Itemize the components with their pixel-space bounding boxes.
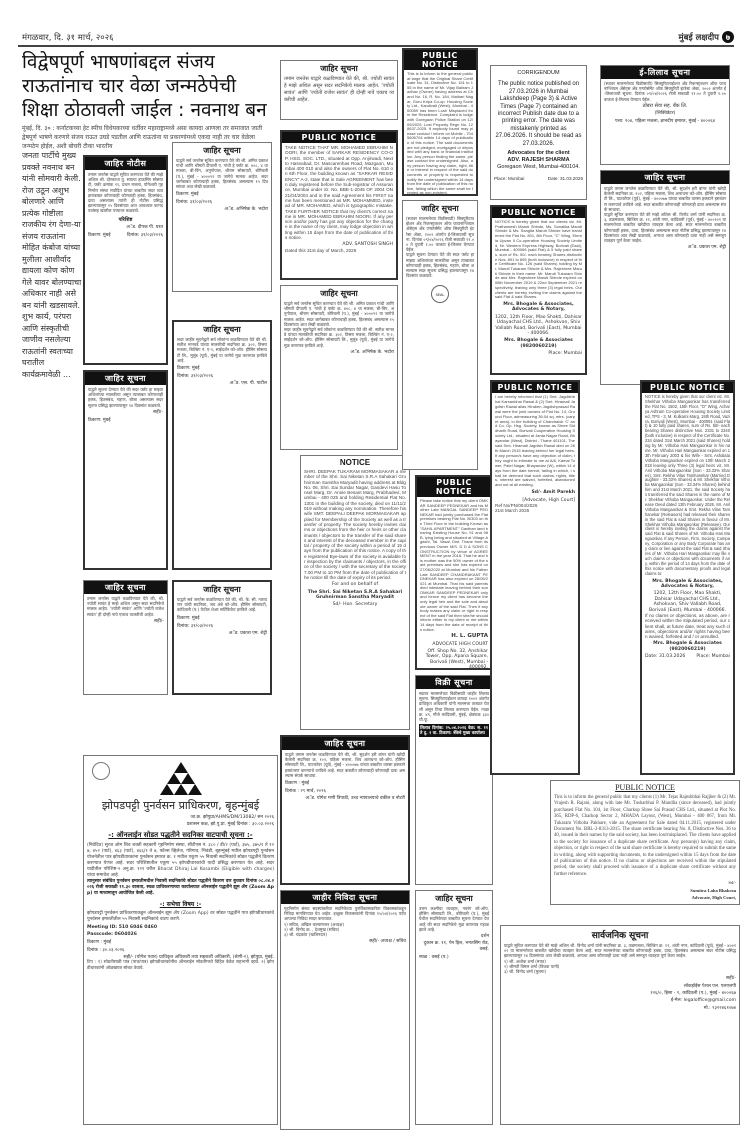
notice-body: TAKE NOTICE THAT MR. MOHAMED EBRAHIM NOO… [285, 145, 393, 240]
e-auction-notice: ई-लिलाव सूचना (स्थावर मालमत्तेच्या विक्र… [600, 65, 730, 165]
signatory: अॅड. दीपक पी. घरत [88, 225, 163, 230]
vikri-suchana: विक्री सूचना स्थावर मालमत्तेच्या विक्रीस… [415, 675, 493, 885]
jahir-suchana-2: जाहिर सूचना तमाम जनतेस याद्वारे कळविण्या… [280, 60, 398, 120]
notice-title: PUBLIC NOTICE [492, 207, 585, 218]
public-notice-noori: PUBLIC NOTICE TAKE NOTICE THAT MR. MOHAM… [280, 130, 398, 280]
notice-body: स्थावर मालमत्तेच्या विक्रीसाठी जाहीर लिल… [419, 691, 489, 722]
notice-title: सार्वजनिक सूचना [504, 928, 736, 941]
notice-title: विक्री सूचना [416, 676, 492, 689]
auction-highlight: लिलाव दिनांक: २५.०४.२०२६ वेळ: स. ११ ते द… [419, 724, 489, 736]
notice-body: याद्वारे सर्व जनतेस सूचित करण्यात येते क… [176, 158, 268, 189]
sra-heading: -: ऑनलाईन सोडत पद्धतीने सदनिका वाटपाची स… [87, 831, 274, 840]
jahir-suchana-col4: जाहिर सूचना (स्थावर मालमत्तेच्या विक्रीस… [402, 200, 478, 470]
notice-title: जाहिर सूचना [177, 584, 267, 595]
notice-title: NOTICE [304, 458, 406, 467]
notice-body: याद्वारे सर्व जनतेस कळविण्यात येते की, श… [177, 597, 267, 613]
notice-title: जाहिर सूचना [282, 737, 408, 750]
issue-date: मंगळवार, दि. ३१ मार्च, २०२६ [22, 32, 114, 43]
newspaper-brand: मुंबई लक्षदीप ७ [679, 31, 734, 43]
jahir-suchana-mid: जाहिर सूचना याद्वारे सर्व जनतेस सूचित कर… [280, 285, 398, 450]
notice-body: SHRI. DEEPAK TUKARAM MORMASAKAR a member… [304, 469, 406, 580]
notice-body: Please take notice that my client OMKAR … [420, 499, 488, 632]
notice-body: I am hereby informed that (1) Smt. Jagdi… [495, 395, 575, 488]
corrigendum: CORRIGENDUM The public notice published … [490, 65, 587, 200]
main-headline: विद्वेषपूर्ण भाषणांबद्दल संजय राऊतांनाच … [22, 50, 267, 122]
notice-title: जाहिर सूचना [284, 63, 394, 74]
notice-body: तमाम जनतेस याद्वारे कळविण्यात येते की, श… [87, 596, 164, 617]
page-number-badge: ७ [722, 31, 734, 43]
meeting-id: Meeting ID: 510 6046 0460 [87, 925, 157, 930]
notice-title: PUBLIC NOTICE [282, 132, 396, 143]
notice-body: याद्वारे सूचना देण्यात येते की सदर फ्लॅट… [88, 387, 163, 408]
signatory: अॅड. एस. पी. पाटील [177, 381, 267, 386]
schedule-title: परिशिष्ट [88, 217, 163, 223]
jahir-suchana-3: जाहिर सूचना सदर जाहीर सूचनेद्वारे सर्व ल… [172, 320, 272, 570]
main-story-body: जनता पार्टीचे मुख्य प्रवक्ते नवनाथ बन या… [22, 150, 82, 750]
notice-title: PUBLIC NOTICE [417, 477, 491, 497]
notice-title: PUBLIC NOTICE [492, 382, 578, 393]
sra-org-name: झोपडपट्टी पुनर्वसन प्राधिकरण, बृहन्मुंबई [87, 798, 274, 813]
jahir-suchana-col1-bottom: जाहिर सूचना तमाम जनतेस याद्वारे कळविण्या… [83, 580, 168, 695]
notice-body: सदर जाहीर सूचनेद्वारे सर्व लोकांना कळविण… [177, 337, 267, 363]
nivida-suchana: जाहीर निविदा सूचना गृहनिर्माण संस्था सदस… [280, 890, 410, 1130]
passcode: Passcode: 0604026 [87, 932, 137, 937]
jahir-suchana-4: जाहिर सूचना याद्वारे सूचना देण्यात येते … [83, 370, 168, 570]
notice-title: जाहीर निविदा सूचना [281, 891, 409, 904]
notice-title: जाहिर सूचना [84, 581, 167, 594]
notice-body: (स्थावर मालमत्तेच्या विक्रीसाठी) सिक्युर… [604, 81, 726, 102]
notice-title: जाहिर सूचना [419, 893, 489, 904]
masthead: मंगळवार, दि. ३१ मार्च, २०२६ मुंबई लक्षदी… [22, 30, 734, 44]
notice-body: याद्वारे सूचित करण्यात येते की माझे अशिल… [504, 943, 736, 959]
notice-title: PUBLIC NOTICE [404, 50, 476, 70]
notice-body: तमाम जनतेस याद्वारे सूचित करण्यात येते क… [88, 172, 163, 214]
jahir-suchana-col6: जाहिर सूचना याद्वारे तमाम जनतेस कळविण्या… [600, 170, 730, 385]
notice-title: PUBLIC NOTICE [554, 783, 736, 792]
notice-mormasekar: NOTICE SHRI. DEEPAK TUKARAM MORMASAKAR a… [300, 455, 410, 730]
notice-body: याद्वारे तमाम जनतेस कळविण्यात येते की, श… [604, 186, 726, 212]
public-notice-pednekar: PUBLIC NOTICE Please take notice that my… [415, 475, 493, 670]
jahir-suchana-7: जाहिर सूचना याद्वारे तमाम जनतेस कळविण्या… [280, 735, 410, 885]
signatory: सही/- [88, 410, 163, 415]
notice-body: NOTICE is hereby given that our client v… [645, 395, 730, 577]
signatory: अॅड. प्रकाश एम. शेट्टी [177, 631, 267, 636]
public-notice-mangaonkar: PUBLIC NOTICE NOTICE is hereby given tha… [640, 380, 735, 775]
notice-body: The public notice published on 27.03.202… [494, 81, 583, 148]
masthead-rule [18, 45, 734, 47]
notice-body: तमाम जनतेस याद्वारे कळविण्यात येते की, श… [284, 76, 394, 104]
notice-title: जाहिर सूचना [176, 145, 268, 156]
notice-title: PUBLIC NOTICE [642, 382, 733, 393]
public-notice-rajani: PUBLIC NOTICE This is to inform the gene… [550, 780, 740, 905]
jahir-suchana-1: जाहिर सूचना याद्वारे सर्व जनतेस सूचित कर… [172, 142, 272, 292]
public-notice-shinde: PUBLIC NOTICE NOTICE is hereby given tha… [490, 205, 587, 375]
public-notice-vijay-jadhav: PUBLIC NOTICE This is to inform to the g… [402, 48, 478, 196]
signatory: अॅड. अभिषेक के. भदोरा [176, 207, 268, 212]
maharashtra-emblem-icon [92, 762, 110, 780]
notice-body: (निवेदित) सुरज ओम शिव शक्ती सहकारी गृहनि… [87, 843, 274, 879]
notice-title: जाहिर नोटीस [85, 157, 166, 170]
jahir-suchana-5: जाहिर सूचना याद्वारे सर्व जनतेस कळविण्या… [172, 580, 272, 695]
jahir-suchana-6: जाहिर सूचना उत्तम लक्ष्मीचा व्यवहार, नवर… [415, 890, 493, 1125]
sra-notice: झोपडपट्टी पुनर्वसन प्राधिकरण, बृहन्मुंबई… [83, 755, 278, 1125]
notice-title: जाहिर सूचना [601, 171, 729, 184]
notice-title: जाहिर सूचना [284, 288, 394, 299]
notice-body: गृहनिर्माण संस्था सदस्यांकरिता सदनिकेच्य… [284, 906, 406, 922]
sarvajanik-suchana: सार्वजनिक सूचना याद्वारे सूचित करण्यात य… [500, 925, 740, 1125]
seal-icon: SEAL [431, 285, 449, 303]
notice-title: ई-लिलाव सूचना [601, 66, 729, 79]
notice-title: जाहिर सूचना [85, 372, 166, 385]
jahir-notice-1: जाहिर नोटीस तमाम जनतेस याद्वारे सूचित कर… [83, 155, 168, 365]
sra-logo-icon [87, 762, 274, 795]
public-notice-rawal: PUBLIC NOTICE I am hereby informed that … [490, 380, 580, 775]
notice-body: NOTICE is hereby given that our clients … [495, 220, 582, 300]
notice-body: उत्तम लक्ष्मीचा व्यवहार, नवरंग को-ऑप. हौ… [419, 906, 489, 932]
notice-title: CORRIGENDUM [494, 68, 583, 79]
notice-body: This is to inform to the general public … [407, 72, 473, 196]
notice-body: याद्वारे सर्व जनतेस सूचित करण्यात येते क… [284, 301, 394, 327]
notice-title: जाहिर सूचना [177, 324, 267, 335]
notice-body: याद्वारे तमाम जनतेस कळविण्यात येते की, श… [285, 752, 405, 778]
notice-body: This is to inform the general public tha… [554, 795, 736, 878]
